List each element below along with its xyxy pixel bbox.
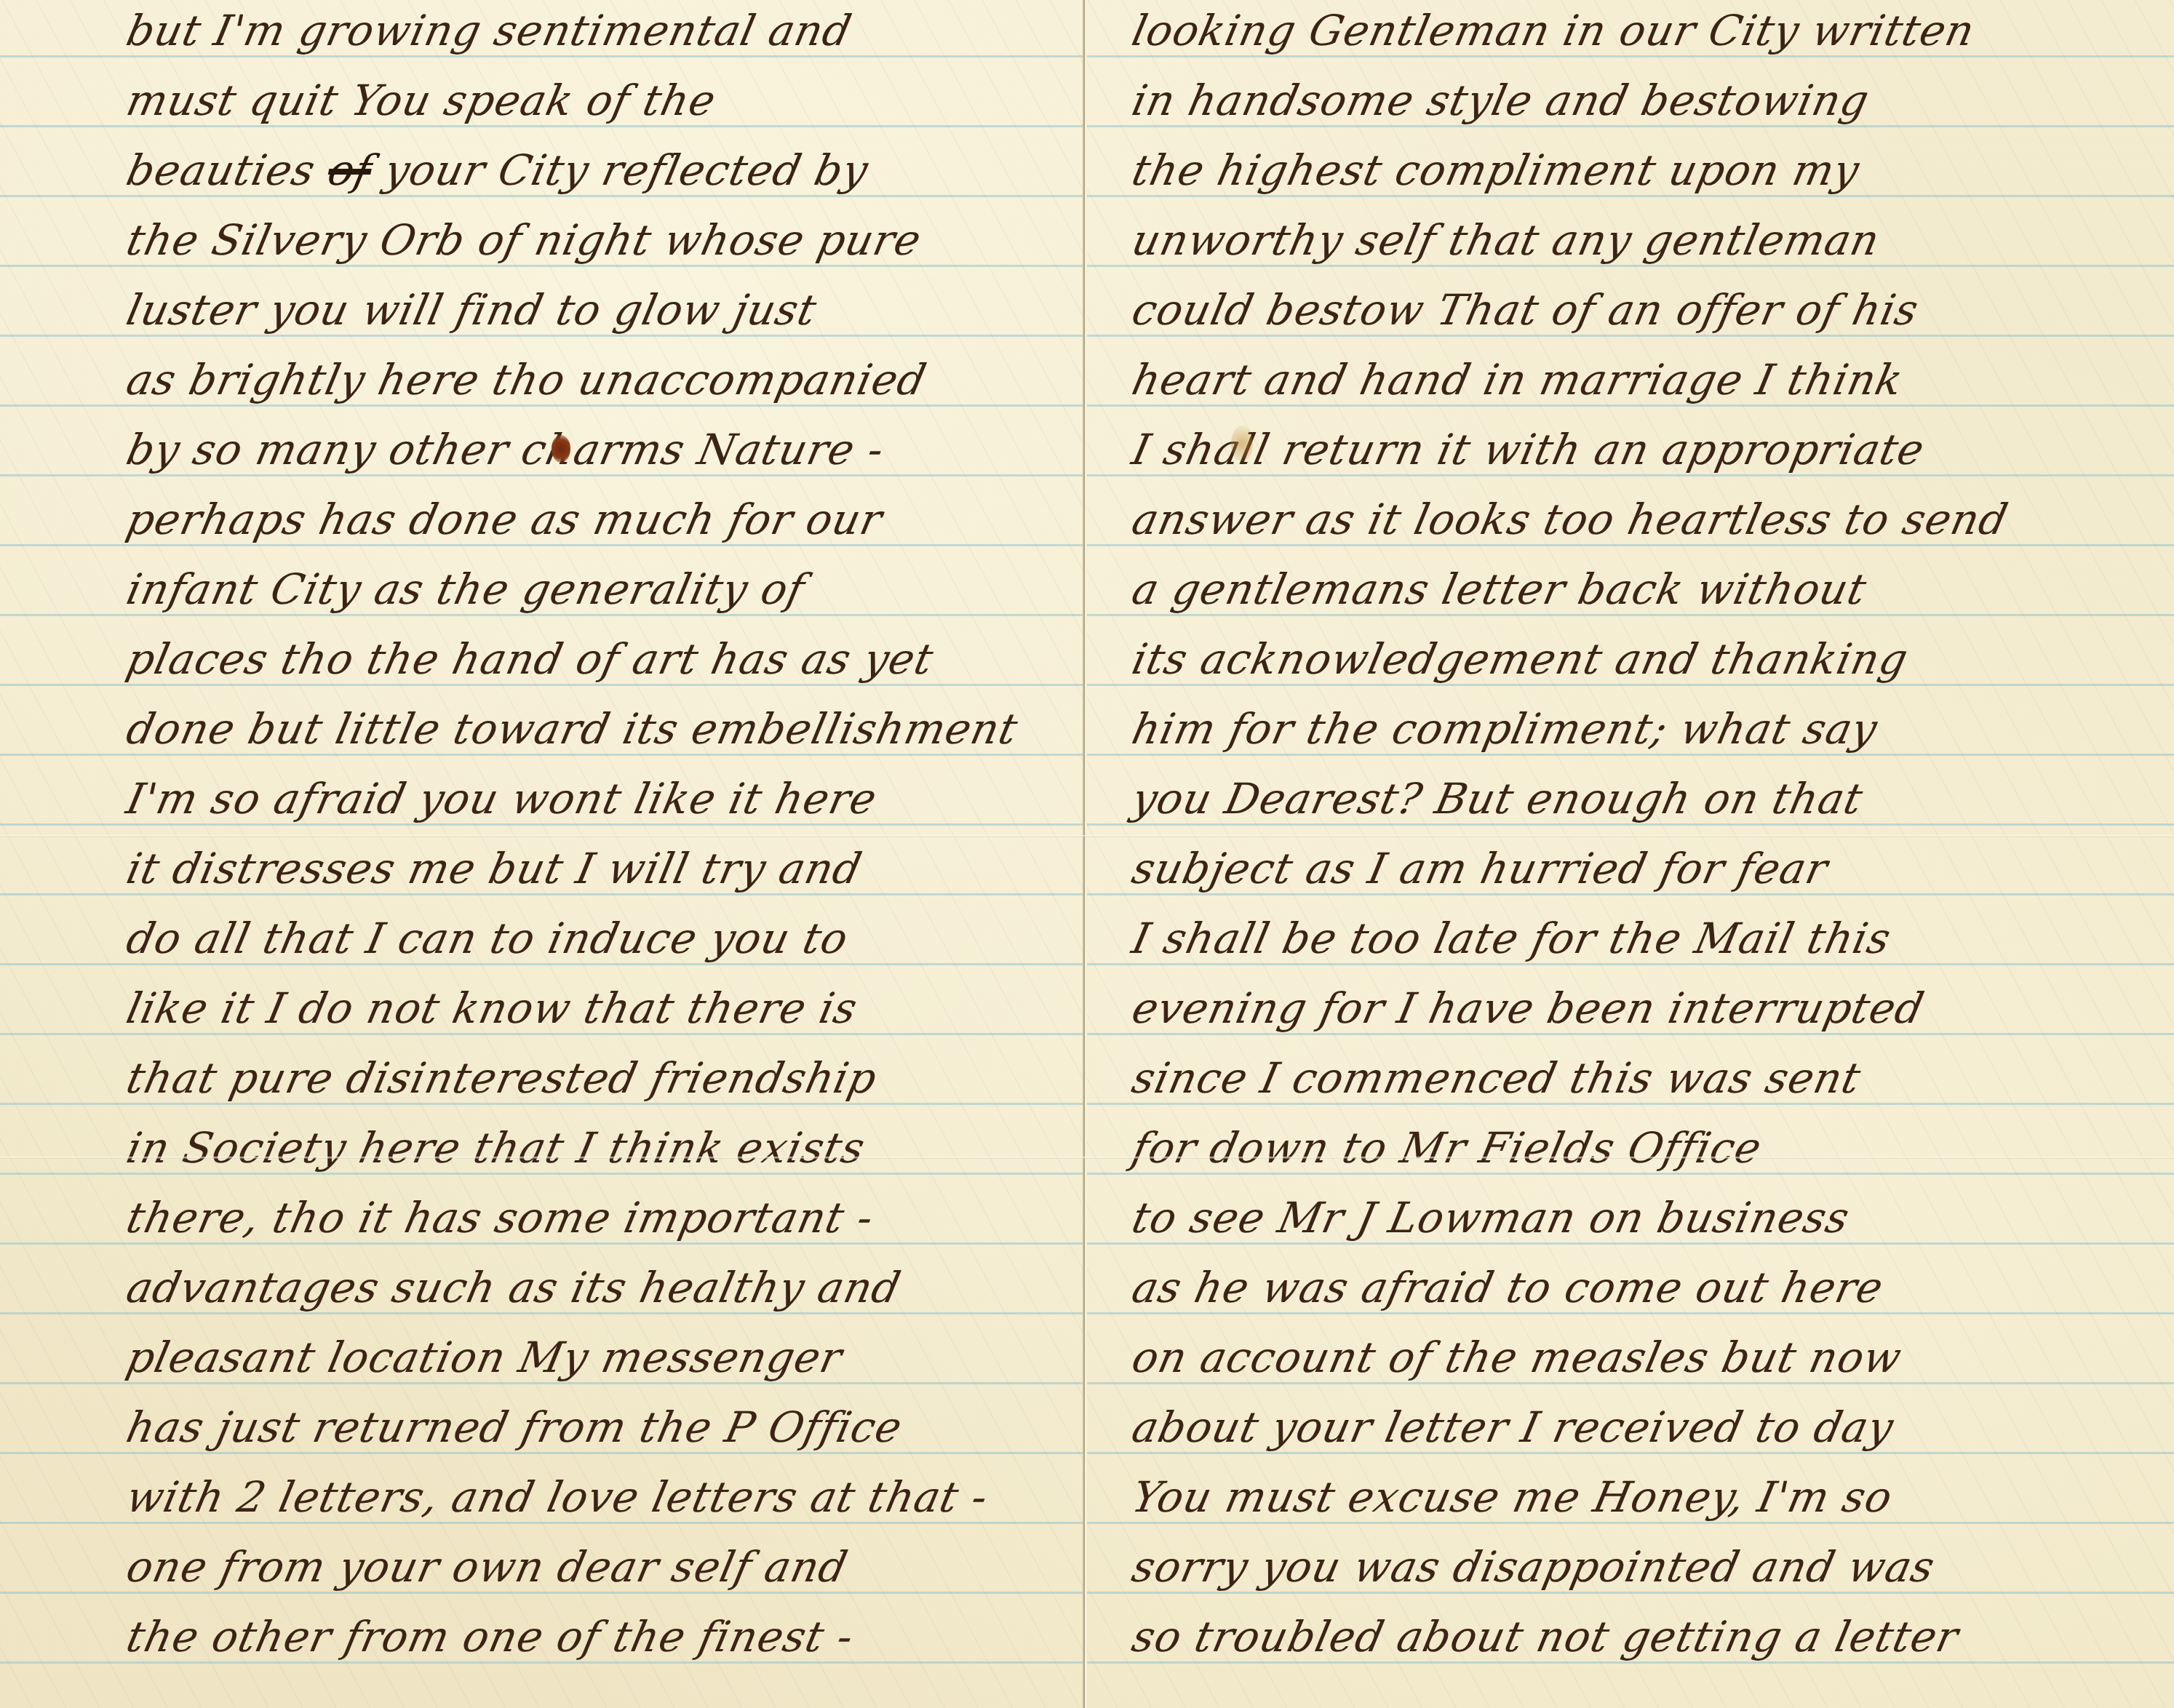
handwritten-line: as brightly here tho unaccompanied — [120, 345, 1084, 415]
handwritten-line: as he was afraid to come out here — [1126, 1253, 2174, 1322]
handwritten-line: answer as it looks too heartless to send — [1126, 484, 2174, 554]
handwritten-line: I shall return it with an appropriate — [1126, 415, 2174, 484]
handwritten-line: there, tho it has some important - — [120, 1183, 1084, 1253]
handwritten-line: on account of the measles but now — [1126, 1322, 2174, 1392]
handwritten-line: the highest compliment upon my — [1126, 135, 2174, 205]
handwritten-line: unworthy self that any gentleman — [1126, 205, 2174, 275]
handwritten-line: so troubled about not getting a letter — [1126, 1602, 2174, 1672]
handwritten-line: you Dearest? But enough on that — [1126, 764, 2174, 834]
handwritten-line: pleasant location My messenger — [120, 1322, 1084, 1392]
handwritten-line: that pure disinterested friendship — [120, 1043, 1084, 1113]
handwritten-line: advantages such as its healthy and — [120, 1253, 1084, 1322]
handwritten-line: You must excuse me Honey, I'm so — [1126, 1462, 2174, 1532]
handwritten-line: evening for I have been interrupted — [1126, 973, 2174, 1043]
handwritten-line: it distresses me but I will try and — [120, 834, 1084, 903]
handwritten-line: with 2 letters, and love letters at that… — [120, 1462, 1084, 1532]
handwritten-line: places tho the hand of art has as yet — [120, 624, 1084, 694]
handwritten-line: its acknowledgement and thanking — [1126, 624, 2174, 694]
handwritten-line: infant City as the generality of — [120, 554, 1084, 624]
handwritten-line: heart and hand in marriage I think — [1126, 345, 2174, 415]
handwritten-line: do all that I can to induce you to — [120, 903, 1084, 973]
handwritten-line: looking Gentleman in our City written — [1126, 0, 2174, 65]
center-fold — [1083, 0, 1087, 1708]
line-text: beauties — [122, 145, 334, 195]
handwritten-line: the other from one of the finest - — [120, 1602, 1084, 1672]
right-page: looking Gentleman in our City written in… — [1086, 0, 2174, 1708]
handwritten-line: done but little toward its embellishment — [120, 694, 1084, 764]
handwritten-line: but I'm growing sentimental and — [120, 0, 1084, 65]
handwritten-line: sorry you was disappointed and was — [1126, 1532, 2174, 1602]
handwritten-line: to see Mr J Lowman on business — [1126, 1183, 2174, 1253]
handwritten-line-with-strikethrough: beauties of your City reflected by — [120, 135, 1084, 205]
handwritten-line: by so many other charms Nature - — [120, 415, 1084, 484]
handwritten-line: him for the compliment; what say — [1126, 694, 2174, 764]
handwritten-line: could bestow That of an offer of his — [1126, 275, 2174, 345]
ink-blot — [552, 435, 570, 463]
handwritten-line: a gentlemans letter back without — [1126, 554, 2174, 624]
left-page: but I'm growing sentimental and must qui… — [0, 0, 1084, 1708]
handwritten-line: perhaps has done as much for our — [120, 484, 1084, 554]
handwritten-line: in Society here that I think exists — [120, 1113, 1084, 1183]
handwritten-line: luster you will find to glow just — [120, 275, 1084, 345]
handwritten-line: one from your own dear self and — [120, 1532, 1084, 1602]
handwritten-line: I'm so afraid you wont like it here — [120, 764, 1084, 834]
line-text: your City reflected by — [366, 145, 873, 195]
letter-sheet: but I'm growing sentimental and must qui… — [0, 0, 2174, 1708]
handwritten-line: since I commenced this was sent — [1126, 1043, 2174, 1113]
handwritten-line: in handsome style and bestowing — [1126, 65, 2174, 135]
horizontal-fold — [0, 1157, 2174, 1159]
handwritten-line: the Silvery Orb of night whose pure — [120, 205, 1084, 275]
paper-stain — [1231, 426, 1253, 462]
handwritten-line: for down to Mr Fields Office — [1126, 1113, 2174, 1183]
handwritten-line: about your letter I received to day — [1126, 1392, 2174, 1462]
handwritten-line: like it I do not know that there is — [120, 973, 1084, 1043]
horizontal-fold — [0, 835, 2174, 837]
handwritten-line: must quit You speak of the — [120, 65, 1084, 135]
handwritten-line: has just returned from the P Office — [120, 1392, 1084, 1462]
handwritten-line: I shall be too late for the Mail this — [1126, 903, 2174, 973]
handwritten-line: subject as I am hurried for fear — [1126, 834, 2174, 903]
